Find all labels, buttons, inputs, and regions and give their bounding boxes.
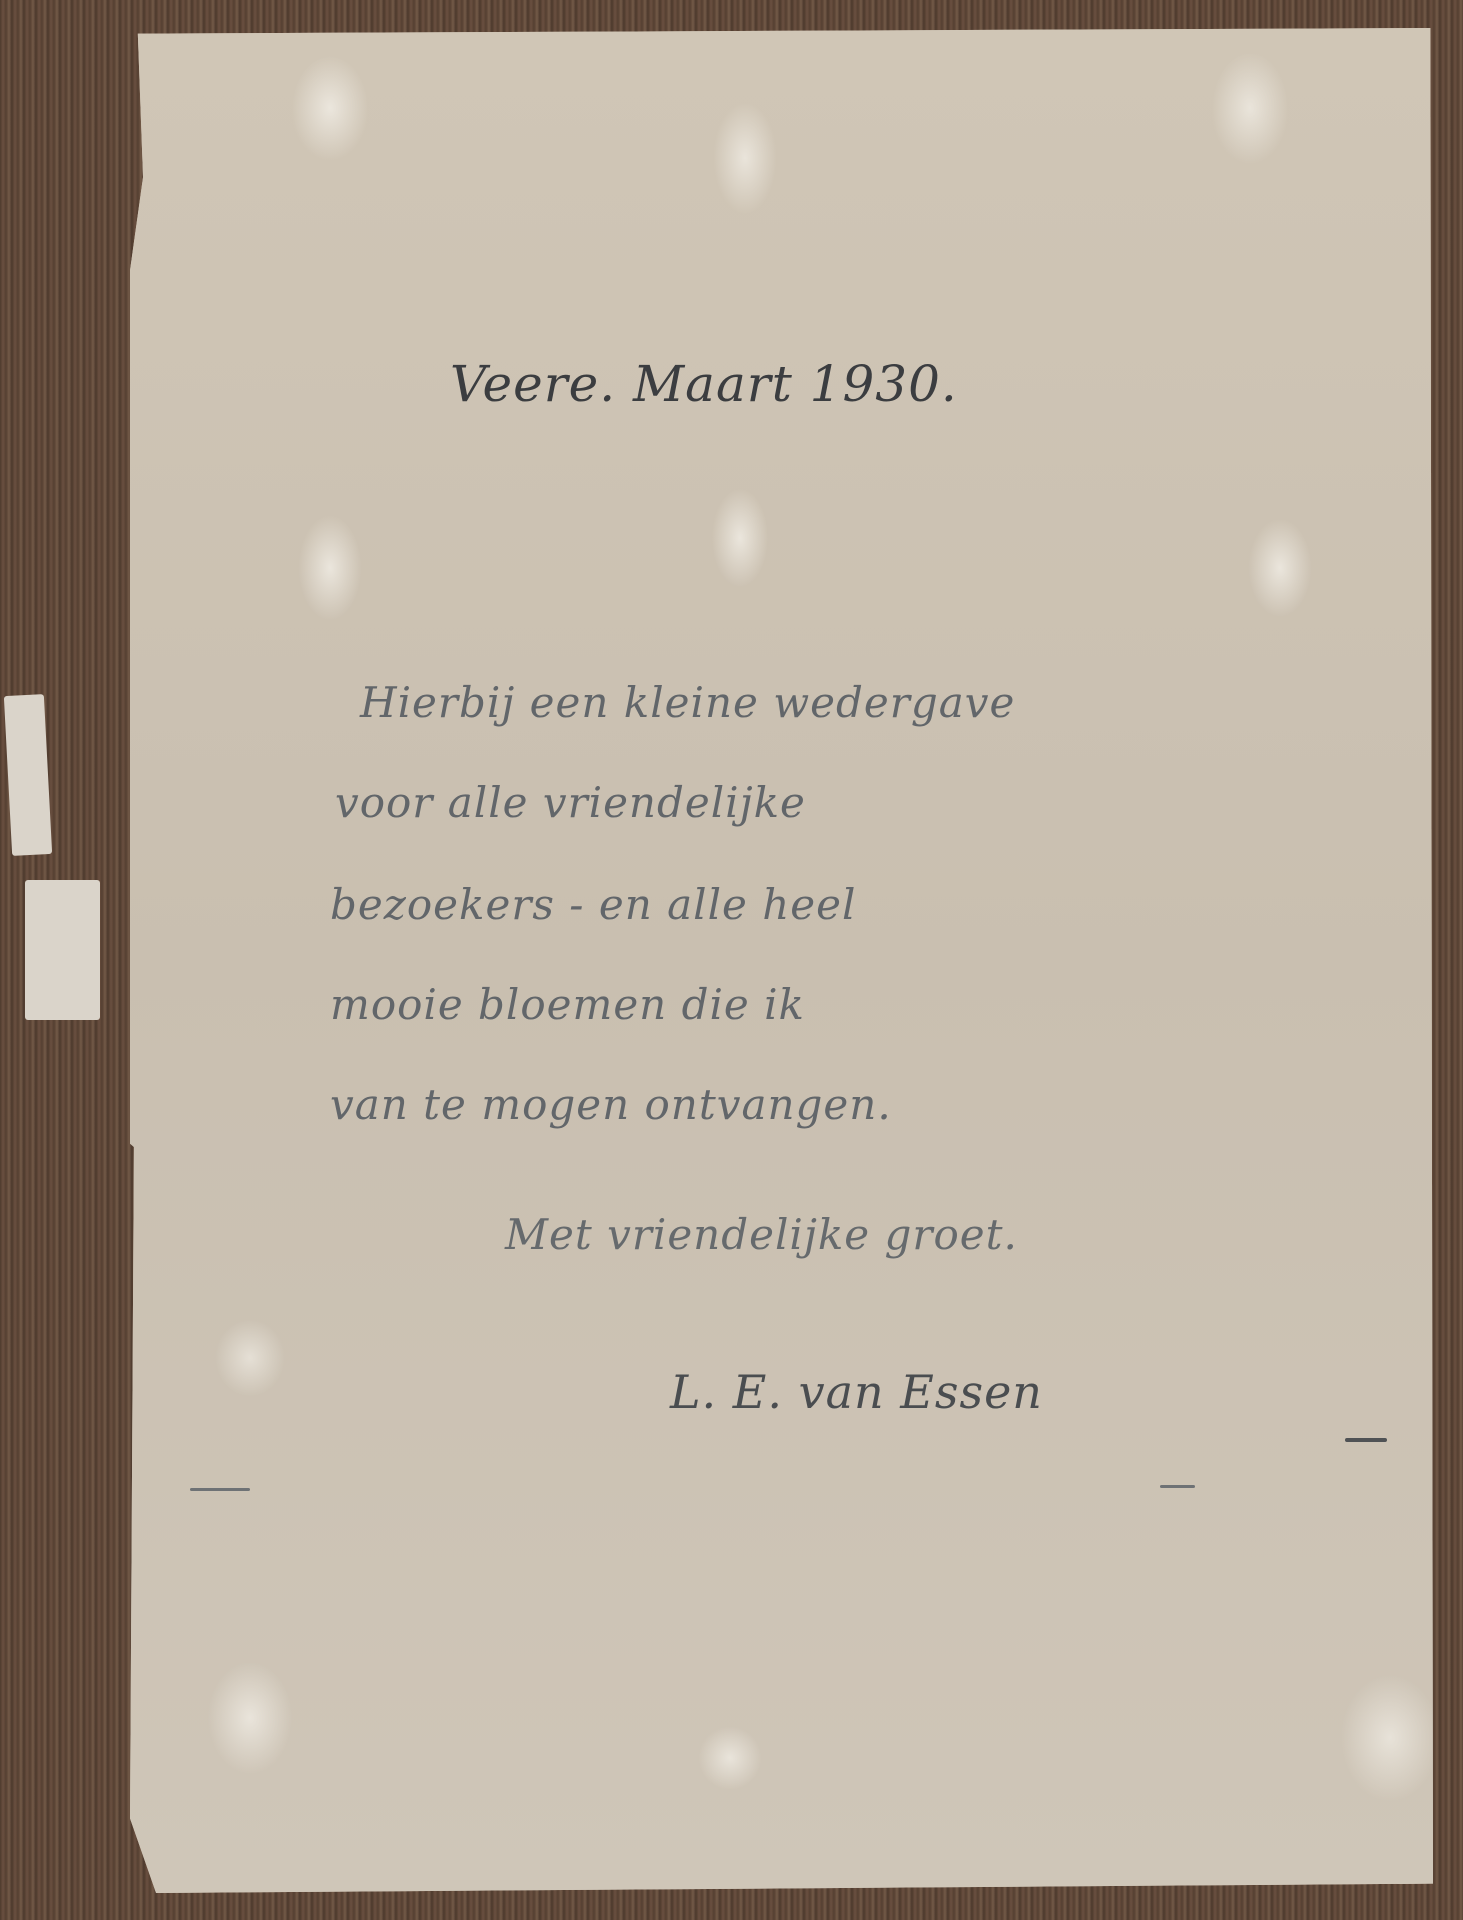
- margin-mark-left: [190, 1488, 250, 1491]
- letter-body-line-5: van te mogen ontvangen.: [330, 1080, 892, 1129]
- letter-body-line-1: Hierbij een kleine wedergave: [360, 678, 1015, 727]
- margin-mark-right: [1160, 1485, 1195, 1488]
- signature-underline-dash: [1345, 1438, 1387, 1442]
- letter-signature: L. E. van Essen: [670, 1365, 1043, 1419]
- letter-body-line-2: voor alle vriendelijke: [335, 778, 806, 827]
- letter-paper: [130, 28, 1433, 1893]
- letter-body-line-4: mooie bloemen die ik: [330, 980, 805, 1029]
- letter-closing: Met vriendelijke groet.: [505, 1210, 1018, 1259]
- letter-date: Veere. Maart 1930.: [450, 355, 958, 413]
- paper-tab-lower: [25, 880, 100, 1020]
- paper-tab-upper: [4, 694, 52, 856]
- letter-body-line-3: bezoekers - en alle heel: [330, 880, 856, 929]
